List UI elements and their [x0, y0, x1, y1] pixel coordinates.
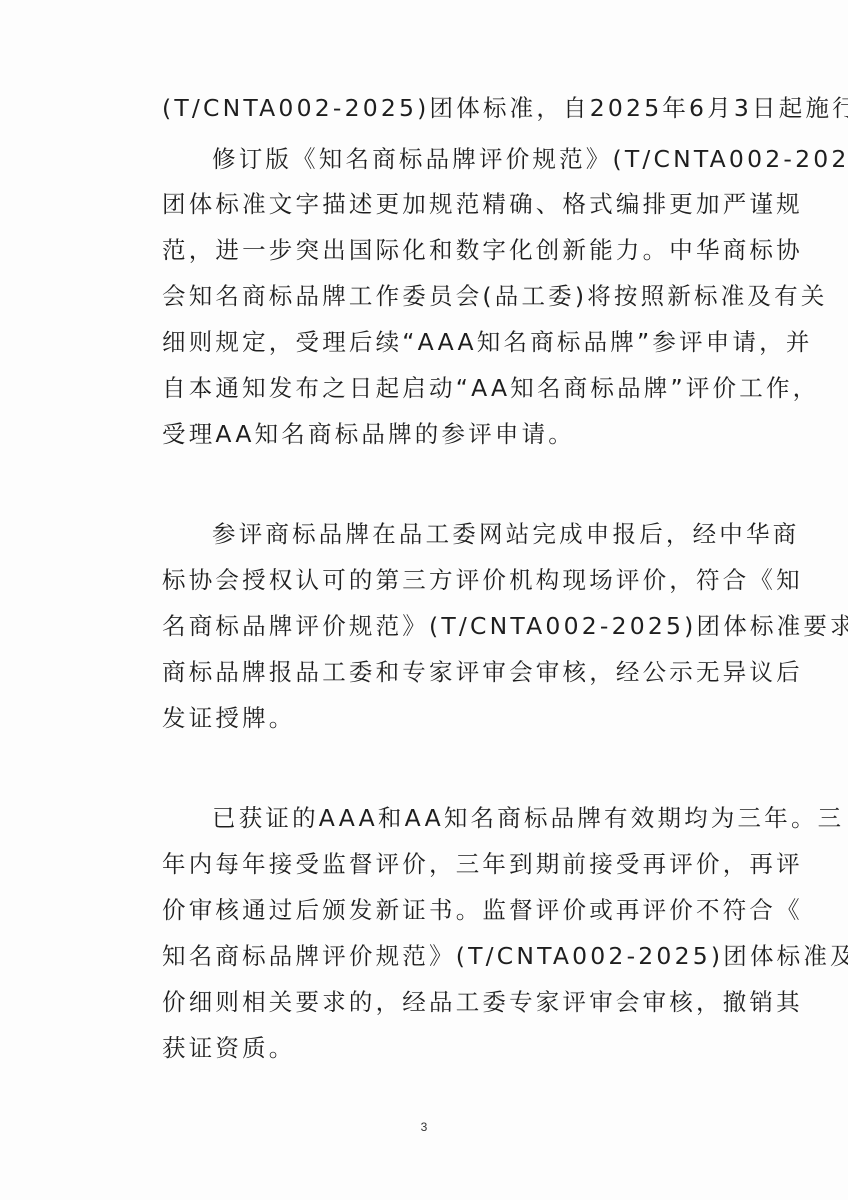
paragraph-2-line-7: 受理AA知名商标品牌的参评申请。	[162, 419, 710, 449]
paragraph-2-line-3: 范，进一步突出国际化和数字化创新能力。中华商标协	[162, 235, 710, 265]
paragraph-2-line-6: 自本通知发布之日起启动“AA知名商标品牌”评价工作，	[162, 373, 710, 403]
paragraph-4-line-4: 知名商标品牌评价规范》(T/CNTA002-2025)团体标准及评	[162, 941, 710, 971]
paragraph-4-line-3: 价审核通过后颁发新证书。监督评价或再评价不符合《	[162, 895, 710, 925]
paragraph-3-line-3: 名商标品牌评价规范》(T/CNTA002-2025)团体标准要求的	[162, 611, 710, 641]
page-number: 3	[0, 1120, 848, 1134]
paragraph-2-line-1: 修订版《知名商标品牌评价规范》(T/CNTA002-2025)	[212, 144, 710, 174]
paragraph-2-line-4: 会知名商标品牌工作委员会(品工委)将按照新标准及有关	[162, 281, 710, 311]
paragraph-4-line-2: 年内每年接受监督评价，三年到期前接受再评价，再评	[162, 849, 710, 879]
paragraph-4-line-6: 获证资质。	[162, 1033, 710, 1063]
paragraph-2-line-5: 细则规定，受理后续“AAA知名商标品牌”参评申请，并	[162, 327, 710, 357]
paragraph-3-line-1: 参评商标品牌在品工委网站完成申报后，经中华商	[212, 519, 710, 549]
document-page: (T/CNTA002-2025)团体标准，自2025年6月3日起施行。 修订版《…	[0, 0, 848, 1200]
paragraph-3-line-2: 标协会授权认可的第三方评价机构现场评价，符合《知	[162, 565, 710, 595]
paragraph-3-line-5: 发证授牌。	[162, 703, 710, 733]
paragraph-2-line-2: 团体标准文字描述更加规范精确、格式编排更加严谨规	[162, 189, 710, 219]
paragraph-3-line-4: 商标品牌报品工委和专家评审会审核，经公示无异议后	[162, 657, 710, 687]
paragraph-4-line-1: 已获证的AAA和AA知名商标品牌有效期均为三年。三	[212, 803, 710, 833]
paragraph-4-line-5: 价细则相关要求的，经品工委专家评审会审核，撤销其	[162, 987, 710, 1017]
paragraph-1-line-1: (T/CNTA002-2025)团体标准，自2025年6月3日起施行。	[162, 93, 710, 123]
